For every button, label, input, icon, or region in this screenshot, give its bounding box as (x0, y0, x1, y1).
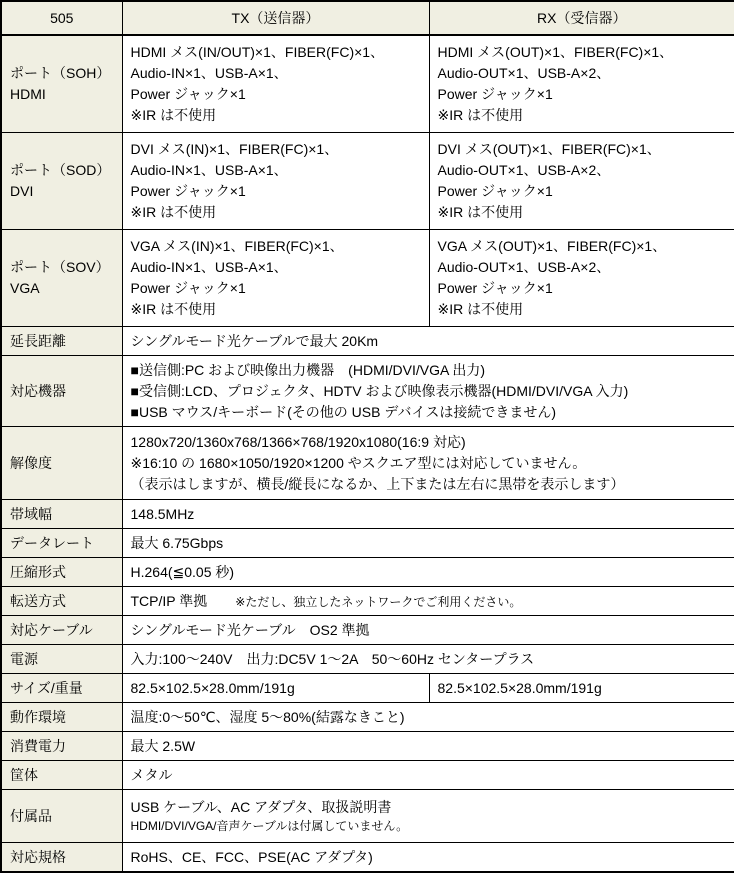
spec-line: HDMI メス(IN/OUT)×1、FIBER(FC)×1、 (131, 42, 421, 63)
accessories-label: 付属品 (1, 790, 122, 843)
spec-line: HDMI メス(OUT)×1、FIBER(FC)×1、 (438, 42, 727, 63)
port-hdmi-label: ポート（SOH） HDMI (1, 35, 122, 133)
power-value: 入力:100～240V 出力:DC5V 1～2A 50～60Hz センタープラス (122, 645, 734, 674)
row-supported-devices: 対応機器 ■送信側:PC および映像出力機器 (HDMI/DVI/VGA 出力)… (1, 356, 734, 427)
port-label-line: ポート（SOV） (10, 257, 114, 278)
row-port-vga: ポート（SOV） VGA VGA メス(IN)×1、FIBER(FC)×1、 A… (1, 230, 734, 327)
accessories-main: USB ケーブル、AC アダプタ、取扱説明書 (131, 797, 727, 818)
transfer-method-note: ※ただし、独立したネットワークでご利用ください。 (235, 595, 521, 609)
power-consumption-value: 最大 2.5W (122, 732, 734, 761)
spec-line: VGA メス(OUT)×1、FIBER(FC)×1、 (438, 236, 727, 257)
spec-line: （表示はしますが、横長/縦長になるか、上下または左右に黒帯を表示します） (131, 474, 727, 495)
row-environment: 動作環境 温度:0～50℃、湿度 5～80%(結露なきこと) (1, 703, 734, 732)
size-weight-tx: 82.5×102.5×28.0mm/191g (122, 674, 429, 703)
port-label-line: DVI (10, 181, 114, 202)
port-vga-label: ポート（SOV） VGA (1, 230, 122, 327)
spec-line: ■送信側:PC および映像出力機器 (HDMI/DVI/VGA 出力) (131, 360, 727, 381)
table-header-row: 505 TX（送信器） RX（受信器） (1, 1, 734, 35)
port-vga-tx-specs: VGA メス(IN)×1、FIBER(FC)×1、 Audio-IN×1、USB… (122, 230, 429, 327)
spec-line: DVI メス(IN)×1、FIBER(FC)×1、 (131, 139, 421, 160)
supported-devices-label: 対応機器 (1, 356, 122, 427)
spec-line: ※IR は不使用 (438, 202, 727, 223)
spec-line: ※IR は不使用 (131, 202, 421, 223)
port-dvi-label: ポート（SOD） DVI (1, 133, 122, 230)
resolution-value: 1280x720/1360x768/1366×768/1920x1080(16:… (122, 427, 734, 500)
header-rx: RX（受信器） (429, 1, 734, 35)
port-label-line: VGA (10, 278, 114, 299)
size-weight-rx: 82.5×102.5×28.0mm/191g (429, 674, 734, 703)
bandwidth-label: 帯域幅 (1, 500, 122, 529)
spec-line: ※IR は不使用 (438, 105, 727, 126)
spec-table: 505 TX（送信器） RX（受信器） ポート（SOH） HDMI HDMI メ… (0, 0, 734, 873)
spec-line: Power ジャック×1 (131, 181, 421, 202)
power-consumption-label: 消費電力 (1, 732, 122, 761)
spec-line: ■受信側:LCD、プロジェクタ、HDTV および映像表示機器(HDMI/DVI/… (131, 381, 727, 402)
standards-value: RoHS、CE、FCC、PSE(AC アダプタ) (122, 843, 734, 873)
row-cable: 対応ケーブル シングルモード光ケーブル OS2 準拠 (1, 616, 734, 645)
compression-label: 圧縮形式 (1, 558, 122, 587)
port-label-line: ポート（SOD） (10, 160, 114, 181)
spec-line: Power ジャック×1 (131, 84, 421, 105)
row-transfer-method: 転送方式 TCP/IP 準拠※ただし、独立したネットワークでご利用ください。 (1, 587, 734, 616)
row-resolution: 解像度 1280x720/1360x768/1366×768/1920x1080… (1, 427, 734, 500)
spec-line: VGA メス(IN)×1、FIBER(FC)×1、 (131, 236, 421, 257)
spec-line: Audio-OUT×1、USB-A×2、 (438, 160, 727, 181)
accessories-value: USB ケーブル、AC アダプタ、取扱説明書 HDMI/DVI/VGA/音声ケー… (122, 790, 734, 843)
transfer-method-main: TCP/IP 準拠 (131, 593, 208, 609)
spec-line: Power ジャック×1 (131, 278, 421, 299)
spec-line: Audio-IN×1、USB-A×1、 (131, 160, 421, 181)
port-label-line: HDMI (10, 84, 114, 105)
extension-distance-label: 延長距離 (1, 327, 122, 356)
row-accessories: 付属品 USB ケーブル、AC アダプタ、取扱説明書 HDMI/DVI/VGA/… (1, 790, 734, 843)
row-chassis: 筐体 メタル (1, 761, 734, 790)
row-size-weight: サイズ/重量 82.5×102.5×28.0mm/191g 82.5×102.5… (1, 674, 734, 703)
header-tx: TX（送信器） (122, 1, 429, 35)
row-bandwidth: 帯域幅 148.5MHz (1, 500, 734, 529)
data-rate-value: 最大 6.75Gbps (122, 529, 734, 558)
spec-line: DVI メス(OUT)×1、FIBER(FC)×1、 (438, 139, 727, 160)
spec-line: Audio-OUT×1、USB-A×2、 (438, 63, 727, 84)
row-port-dvi: ポート（SOD） DVI DVI メス(IN)×1、FIBER(FC)×1、 A… (1, 133, 734, 230)
transfer-method-value: TCP/IP 準拠※ただし、独立したネットワークでご利用ください。 (122, 587, 734, 616)
supported-devices-value: ■送信側:PC および映像出力機器 (HDMI/DVI/VGA 出力) ■受信側… (122, 356, 734, 427)
row-extension-distance: 延長距離 シングルモード光ケーブルで最大 20Km (1, 327, 734, 356)
spec-line: ■USB マウス/キーボード(その他の USB デバイスは接続できません) (131, 402, 727, 423)
transfer-method-label: 転送方式 (1, 587, 122, 616)
spec-line: 1280x720/1360x768/1366×768/1920x1080(16:… (131, 432, 727, 453)
row-power-consumption: 消費電力 最大 2.5W (1, 732, 734, 761)
spec-line: ※IR は不使用 (131, 299, 421, 320)
row-compression: 圧縮形式 H.264(≦0.05 秒) (1, 558, 734, 587)
port-hdmi-tx-specs: HDMI メス(IN/OUT)×1、FIBER(FC)×1、 Audio-IN×… (122, 35, 429, 133)
port-dvi-tx-specs: DVI メス(IN)×1、FIBER(FC)×1、 Audio-IN×1、USB… (122, 133, 429, 230)
row-port-hdmi: ポート（SOH） HDMI HDMI メス(IN/OUT)×1、FIBER(FC… (1, 35, 734, 133)
port-vga-rx-specs: VGA メス(OUT)×1、FIBER(FC)×1、 Audio-OUT×1、U… (429, 230, 734, 327)
header-model: 505 (1, 1, 122, 35)
spec-line: Audio-OUT×1、USB-A×2、 (438, 257, 727, 278)
chassis-label: 筐体 (1, 761, 122, 790)
environment-value: 温度:0～50℃、湿度 5～80%(結露なきこと) (122, 703, 734, 732)
compression-value: H.264(≦0.05 秒) (122, 558, 734, 587)
spec-line: Audio-IN×1、USB-A×1、 (131, 257, 421, 278)
chassis-value: メタル (122, 761, 734, 790)
data-rate-label: データレート (1, 529, 122, 558)
row-data-rate: データレート 最大 6.75Gbps (1, 529, 734, 558)
spec-line: Power ジャック×1 (438, 84, 727, 105)
accessories-note: HDMI/DVI/VGA/音声ケーブルは付属していません。 (131, 818, 727, 835)
resolution-label: 解像度 (1, 427, 122, 500)
standards-label: 対応規格 (1, 843, 122, 873)
spec-line: ※IR は不使用 (438, 299, 727, 320)
size-weight-label: サイズ/重量 (1, 674, 122, 703)
port-label-line: ポート（SOH） (10, 63, 114, 84)
cable-value: シングルモード光ケーブル OS2 準拠 (122, 616, 734, 645)
row-standards: 対応規格 RoHS、CE、FCC、PSE(AC アダプタ) (1, 843, 734, 873)
spec-line: Power ジャック×1 (438, 278, 727, 299)
bandwidth-value: 148.5MHz (122, 500, 734, 529)
extension-distance-value: シングルモード光ケーブルで最大 20Km (122, 327, 734, 356)
port-dvi-rx-specs: DVI メス(OUT)×1、FIBER(FC)×1、 Audio-OUT×1、U… (429, 133, 734, 230)
port-hdmi-rx-specs: HDMI メス(OUT)×1、FIBER(FC)×1、 Audio-OUT×1、… (429, 35, 734, 133)
spec-line: Power ジャック×1 (438, 181, 727, 202)
spec-line: ※IR は不使用 (131, 105, 421, 126)
power-label: 電源 (1, 645, 122, 674)
spec-line: Audio-IN×1、USB-A×1、 (131, 63, 421, 84)
cable-label: 対応ケーブル (1, 616, 122, 645)
spec-line: ※16:10 の 1680×1050/1920×1200 やスクエア型には対応し… (131, 453, 727, 474)
environment-label: 動作環境 (1, 703, 122, 732)
row-power: 電源 入力:100～240V 出力:DC5V 1～2A 50～60Hz センター… (1, 645, 734, 674)
